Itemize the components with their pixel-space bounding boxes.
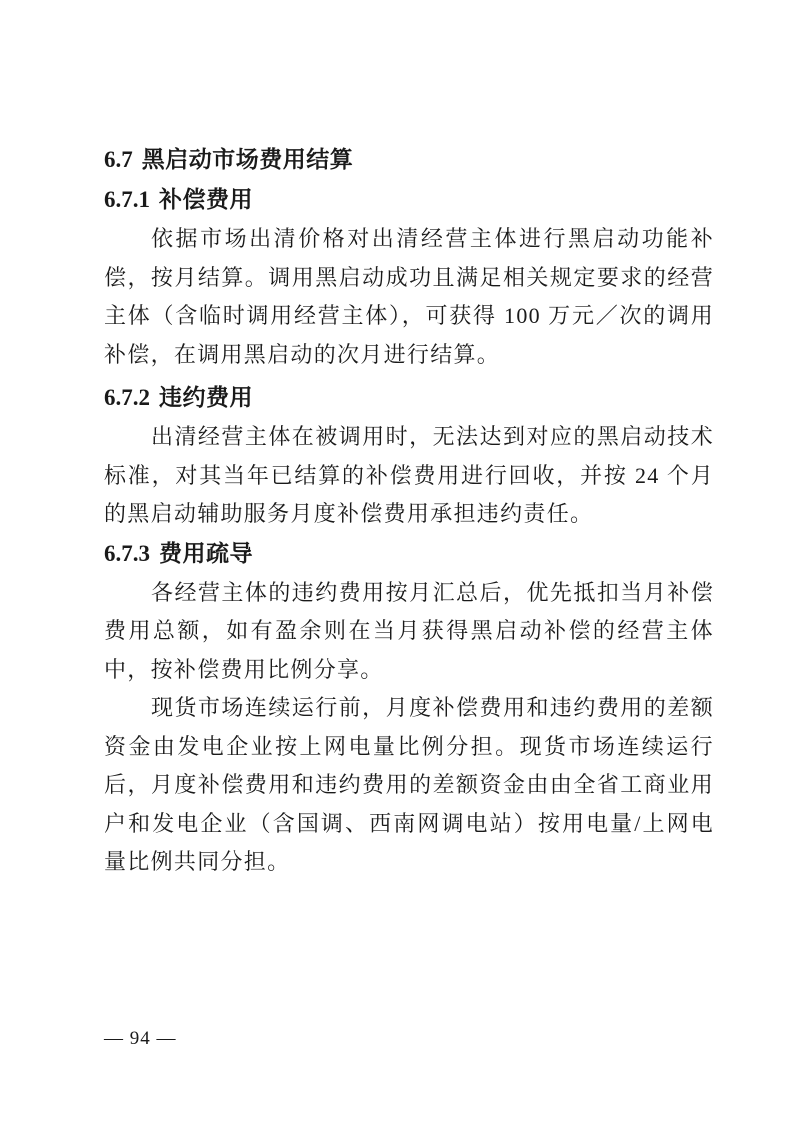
page-number: — 94 — (104, 1028, 177, 1050)
section-title: 补偿费用 (159, 187, 253, 212)
section-number: 6.7.2 (104, 378, 150, 418)
section-title: 违约费用 (159, 385, 253, 410)
section-heading-6-7-1: 6.7.1补偿费用 (104, 180, 714, 220)
section-heading-6-7: 6.7黑启动市场费用结算 (104, 140, 714, 180)
paragraph-fee-dredging-1: 各经营主体的违约费用按月汇总后，优先抵扣当月补偿费用总额，如有盈余则在当月获得黑… (104, 574, 714, 690)
section-number: 6.7 (104, 140, 133, 180)
section-heading-6-7-2: 6.7.2违约费用 (104, 378, 714, 418)
paragraph-fee-dredging-2: 现货市场连续运行前，月度补偿费用和违约费用的差额资金由发电企业按上网电量比例分担… (104, 689, 714, 882)
section-number: 6.7.1 (104, 180, 150, 220)
paragraph-compensation-fee: 依据市场出清价格对出清经营主体进行黑启动功能补偿，按月结算。调用黑启动成功且满足… (104, 220, 714, 374)
paragraph-breach-fee: 出清经营主体在被调用时，无法达到对应的黑启动技术标准，对其当年已结算的补偿费用进… (104, 418, 714, 534)
section-number: 6.7.3 (104, 534, 150, 574)
section-heading-6-7-3: 6.7.3费用疏导 (104, 534, 714, 574)
document-body: 6.7黑启动市场费用结算 6.7.1补偿费用 依据市场出清价格对出清经营主体进行… (104, 140, 714, 882)
section-title: 黑启动市场费用结算 (142, 147, 354, 172)
section-title: 费用疏导 (159, 541, 253, 566)
document-page: 6.7黑启动市场费用结算 6.7.1补偿费用 依据市场出清价格对出清经营主体进行… (0, 0, 794, 1123)
